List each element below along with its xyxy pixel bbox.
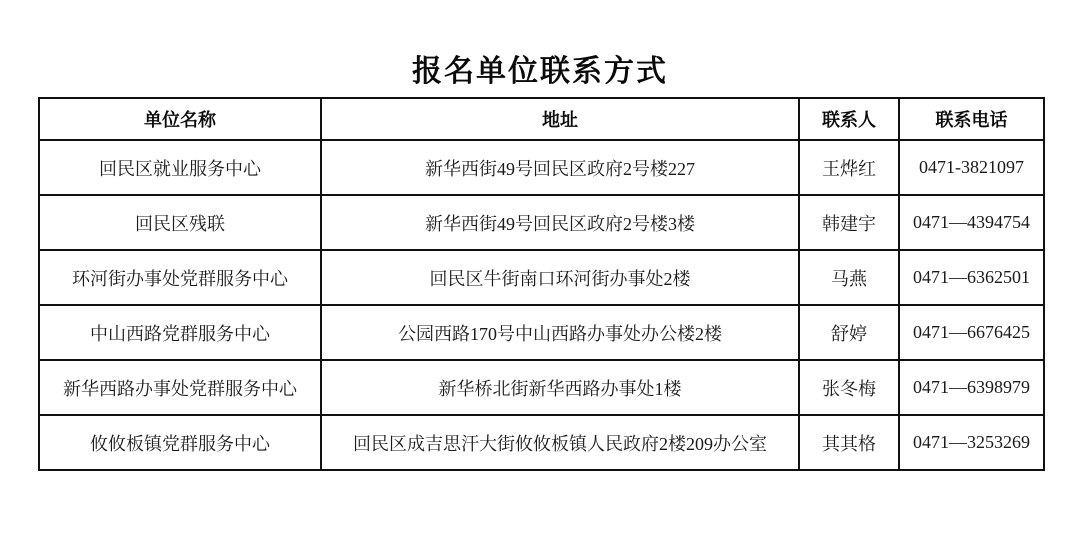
table-row: 回民区就业服务中心新华西街49号回民区政府2号楼227王烨红0471-38210… <box>39 140 1044 195</box>
contact-table: 单位名称 地址 联系人 联系电话 回民区就业服务中心新华西街49号回民区政府2号… <box>38 97 1045 471</box>
cell-contact-person: 舒婷 <box>799 305 899 360</box>
cell-contact-phone: 0471-3821097 <box>899 140 1044 195</box>
cell-address: 回民区牛街南口环河街办事处2楼 <box>321 250 799 305</box>
table-row: 中山西路党群服务中心公园西路170号中山西路办事处办公楼2楼舒婷0471—667… <box>39 305 1044 360</box>
header-contact-phone: 联系电话 <box>899 98 1044 140</box>
cell-unit-name: 新华西路办事处党群服务中心 <box>39 360 321 415</box>
cell-unit-name: 中山西路党群服务中心 <box>39 305 321 360</box>
cell-contact-phone: 0471—6362501 <box>899 250 1044 305</box>
cell-unit-name: 回民区残联 <box>39 195 321 250</box>
cell-address: 公园西路170号中山西路办事处办公楼2楼 <box>321 305 799 360</box>
header-address: 地址 <box>321 98 799 140</box>
page: 报名单位联系方式 单位名称 地址 联系人 联系电话 回民区就业服务中心新华西街4… <box>0 0 1080 538</box>
table-row: 新华西路办事处党群服务中心新华桥北街新华西路办事处1楼张冬梅0471—63989… <box>39 360 1044 415</box>
header-contact-person: 联系人 <box>799 98 899 140</box>
cell-contact-phone: 0471—3253269 <box>899 415 1044 470</box>
cell-contact-phone: 0471—6676425 <box>899 305 1044 360</box>
cell-address: 回民区成吉思汗大街攸攸板镇人民政府2楼209办公室 <box>321 415 799 470</box>
cell-address: 新华西街49号回民区政府2号楼227 <box>321 140 799 195</box>
cell-address: 新华桥北街新华西路办事处1楼 <box>321 360 799 415</box>
cell-unit-name: 回民区就业服务中心 <box>39 140 321 195</box>
table-body: 回民区就业服务中心新华西街49号回民区政府2号楼227王烨红0471-38210… <box>39 140 1044 470</box>
page-title: 报名单位联系方式 <box>0 46 1080 90</box>
table-row: 回民区残联新华西街49号回民区政府2号楼3楼韩建宇0471—4394754 <box>39 195 1044 250</box>
table-row: 攸攸板镇党群服务中心回民区成吉思汗大街攸攸板镇人民政府2楼209办公室其其格04… <box>39 415 1044 470</box>
table-row: 环河街办事处党群服务中心回民区牛街南口环河街办事处2楼马燕0471—636250… <box>39 250 1044 305</box>
cell-contact-person: 王烨红 <box>799 140 899 195</box>
cell-contact-phone: 0471—4394754 <box>899 195 1044 250</box>
cell-contact-person: 韩建宇 <box>799 195 899 250</box>
cell-unit-name: 环河街办事处党群服务中心 <box>39 250 321 305</box>
cell-contact-person: 马燕 <box>799 250 899 305</box>
header-unit-name: 单位名称 <box>39 98 321 140</box>
cell-contact-person: 其其格 <box>799 415 899 470</box>
cell-contact-person: 张冬梅 <box>799 360 899 415</box>
cell-address: 新华西街49号回民区政府2号楼3楼 <box>321 195 799 250</box>
cell-unit-name: 攸攸板镇党群服务中心 <box>39 415 321 470</box>
cell-contact-phone: 0471—6398979 <box>899 360 1044 415</box>
header-row: 单位名称 地址 联系人 联系电话 <box>39 98 1044 140</box>
